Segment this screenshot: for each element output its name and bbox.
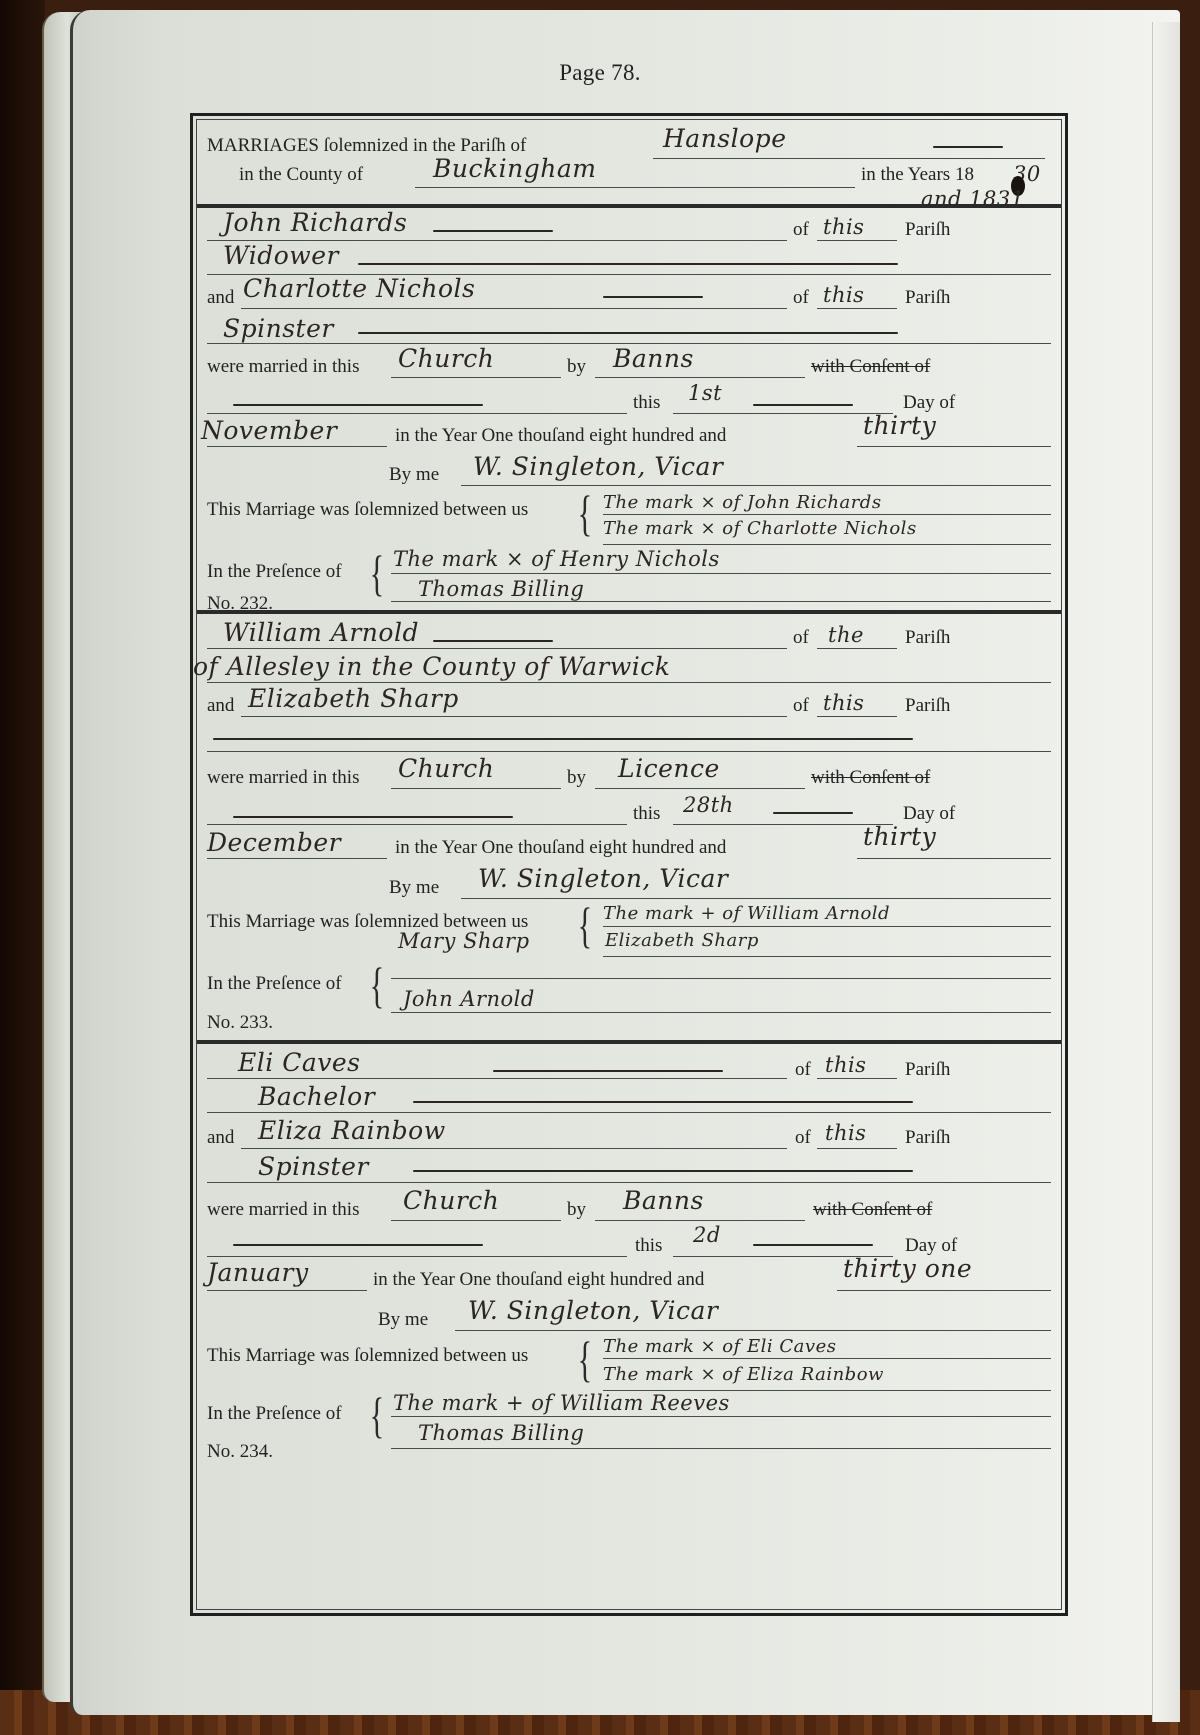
groom-parish-value: the — [828, 622, 864, 648]
and-label: and — [207, 694, 234, 718]
of-label: of — [795, 1058, 811, 1082]
fill-line — [207, 858, 387, 859]
fill-line — [391, 1012, 1051, 1013]
signature-1: The mark × of Eli Caves — [603, 1334, 836, 1360]
bride-parish-value: this — [825, 1120, 866, 1146]
place-value: Church — [398, 346, 494, 372]
fill-line — [391, 788, 561, 789]
this-label: this — [635, 1234, 662, 1258]
by-label: by — [567, 1198, 586, 1222]
and-label: and — [207, 1126, 234, 1150]
parish-fill-line — [653, 158, 1045, 159]
dash — [773, 812, 853, 814]
by-me-label: By me — [389, 463, 439, 487]
fill-line — [207, 751, 1051, 752]
fill-line — [857, 858, 1051, 859]
fill-line — [603, 956, 1051, 957]
this-label: this — [633, 391, 660, 415]
of-label: of — [793, 218, 809, 242]
in-presence-label: In the Preſence of — [207, 1402, 342, 1426]
in-presence-label: In the Preſence of — [207, 560, 342, 584]
fill-line — [817, 308, 897, 309]
parish-label: Pariſh — [905, 694, 950, 718]
day-value: 28th — [683, 792, 734, 818]
county-label: in the County of — [239, 163, 363, 187]
fill-line — [817, 1078, 897, 1079]
marriage-entry-234: Eli Caves of this Pariſh Bachelor and El… — [193, 1046, 1065, 1606]
fill-line — [595, 1220, 805, 1221]
groom-name: John Richards — [223, 210, 407, 236]
brace: { — [370, 960, 384, 1010]
of-label: of — [793, 626, 809, 650]
signature-1: The mark + of William Arnold — [603, 901, 890, 927]
brace: { — [578, 900, 592, 950]
fill-line — [241, 716, 787, 717]
day-value: 1st — [688, 380, 722, 406]
fill-line — [817, 648, 897, 649]
fill-line — [673, 413, 893, 414]
place-value: Church — [398, 756, 494, 782]
witness-2: Thomas Billing — [418, 576, 584, 602]
by-me-label: By me — [389, 876, 439, 900]
brace: { — [370, 1390, 384, 1440]
year-label: in the Year One thouſand eight hundred a… — [395, 836, 726, 860]
fill-line — [391, 573, 1051, 574]
dash — [233, 816, 513, 818]
groom-residence: of Allesley in the County of Warwick — [193, 654, 670, 680]
month-value: November — [201, 418, 337, 444]
fill-line — [207, 446, 387, 447]
next-page-edge — [1152, 22, 1180, 1722]
fill-line — [817, 716, 897, 717]
county-value: Buckingham — [433, 156, 596, 182]
groom-condition: Widower — [223, 243, 339, 269]
witness-2: Thomas Billing — [418, 1420, 584, 1446]
in-presence-label: In the Preſence of — [207, 972, 342, 996]
fill-line — [603, 1358, 1051, 1359]
witness-1: The mark + of William Reeves — [393, 1390, 730, 1416]
page-number: Page 78. — [0, 60, 1200, 86]
fill-line — [455, 1330, 1051, 1331]
fill-line — [595, 788, 805, 789]
dash — [413, 1170, 913, 1172]
signature-2: The mark × of Charlotte Nichols — [603, 516, 917, 542]
signature-2: The mark × of Eliza Rainbow — [603, 1362, 884, 1388]
bride-parish-value: this — [823, 690, 864, 716]
by-me-label: By me — [378, 1308, 428, 1332]
dash — [603, 296, 703, 298]
marriage-entry-232: John Richards of this Pariſh Widower and… — [193, 208, 1065, 612]
method-value: Banns — [623, 1188, 704, 1214]
fill-line — [603, 926, 1051, 927]
fill-line — [207, 1182, 1051, 1183]
fill-line — [207, 1256, 627, 1257]
fill-line — [461, 485, 1051, 486]
brace: { — [578, 1334, 592, 1384]
place-value: Church — [403, 1188, 499, 1214]
were-married-label: were married in this — [207, 1198, 359, 1222]
dash — [233, 404, 483, 406]
fill-line — [207, 1078, 787, 1079]
bride-name: Elizabeth Sharp — [248, 686, 459, 712]
section-divider — [197, 1040, 1061, 1044]
fill-line — [595, 377, 805, 378]
marriage-register-form: MARRIAGES ſolemnized in the Pariſh of Ha… — [190, 113, 1068, 1616]
with-consent-label: with Conſent of — [813, 1198, 932, 1222]
year-words-value: thirty one — [843, 1256, 972, 1282]
witness-2: John Arnold — [403, 986, 535, 1012]
were-married-label: were married in this — [207, 766, 359, 790]
parish-dash — [933, 146, 1003, 148]
method-value: Banns — [613, 346, 694, 372]
fill-line — [241, 1148, 787, 1149]
parish-label: Pariſh — [905, 1058, 950, 1082]
by-label: by — [567, 766, 586, 790]
parish-label: Pariſh — [905, 286, 950, 310]
solemnized-label: This Marriage was ſolemnized between us — [207, 498, 528, 522]
groom-name: Eli Caves — [238, 1050, 360, 1076]
officiant-value: W. Singleton, Vicar — [478, 866, 728, 892]
entry-number: No. 234. — [207, 1440, 273, 1464]
groom-parish-value: this — [825, 1052, 866, 1078]
signature-2: Elizabeth Sharp — [605, 928, 759, 954]
brace: { — [578, 488, 592, 538]
year-words-value: thirty — [863, 413, 936, 439]
dash — [358, 263, 898, 265]
month-value: January — [207, 1260, 309, 1286]
dash — [233, 1244, 483, 1246]
of-label: of — [793, 286, 809, 310]
fill-line — [207, 682, 1051, 683]
with-consent-label: with Conſent of — [811, 355, 930, 379]
year-label: in the Year One thouſand eight hundred a… — [373, 1268, 704, 1292]
fill-line — [837, 1290, 1051, 1291]
fill-line — [603, 514, 1051, 515]
by-label: by — [567, 355, 586, 379]
fill-line — [391, 1220, 561, 1221]
fill-line — [603, 544, 1051, 545]
bride-name: Charlotte Nichols — [243, 276, 475, 302]
fill-line — [207, 413, 627, 414]
groom-parish-value: this — [823, 214, 864, 240]
groom-condition: Bachelor — [258, 1084, 375, 1110]
bride-name: Eliza Rainbow — [258, 1118, 446, 1144]
of-label: of — [793, 694, 809, 718]
day-value: 2d — [693, 1222, 721, 1248]
fill-line — [207, 1112, 1051, 1113]
and-label: and — [207, 286, 234, 310]
bride-parish-value: this — [823, 282, 864, 308]
parish-value: Hanslope — [663, 126, 786, 152]
officiant-value: W. Singleton, Vicar — [473, 454, 723, 480]
witness-1: Mary Sharp — [398, 928, 530, 954]
bride-condition: Spinster — [258, 1154, 369, 1180]
fill-line — [207, 648, 787, 649]
dash — [493, 1070, 723, 1072]
section-divider — [197, 610, 1061, 614]
officiant-value: W. Singleton, Vicar — [468, 1298, 718, 1324]
marriage-entry-233: William Arnold of the Pariſh of Allesley… — [193, 616, 1065, 1040]
county-fill-line — [415, 187, 855, 188]
parish-label: Pariſh — [905, 626, 950, 650]
witness-1: The mark × of Henry Nichols — [393, 546, 720, 572]
dash — [358, 332, 898, 334]
year-label: in the Year One thouſand eight hundred a… — [395, 424, 726, 448]
fill-line — [391, 1416, 1051, 1417]
groom-name: William Arnold — [223, 620, 419, 646]
fill-line — [817, 1148, 897, 1149]
years-label: in the Years 18 — [861, 163, 974, 187]
fill-line — [391, 377, 561, 378]
of-label: of — [795, 1126, 811, 1150]
fill-line — [391, 978, 1051, 979]
method-value: Licence — [618, 756, 720, 782]
entry-number: No. 233. — [207, 1011, 273, 1035]
dash — [753, 1244, 873, 1246]
dash — [753, 404, 853, 406]
fill-line — [241, 308, 787, 309]
year-words-value: thirty — [863, 824, 936, 850]
wooden-table-left — [0, 0, 45, 1735]
fill-line — [391, 601, 1051, 602]
solemnized-label: This Marriage was ſolemnized between us — [207, 1344, 528, 1368]
fill-line — [391, 1448, 1051, 1449]
dash — [413, 1101, 913, 1103]
parish-label: Pariſh — [905, 1126, 950, 1150]
bride-condition: Spinster — [223, 316, 334, 342]
fill-line — [857, 446, 1051, 447]
dash — [213, 738, 913, 740]
parish-label: Pariſh — [905, 218, 950, 242]
fill-line — [207, 1290, 367, 1291]
this-label: this — [633, 802, 660, 826]
fill-line — [207, 824, 627, 825]
brace: { — [370, 548, 384, 598]
fill-line — [461, 898, 1051, 899]
with-consent-label: with Conſent of — [811, 766, 930, 790]
were-married-label: were married in this — [207, 355, 359, 379]
signature-1: The mark × of John Richards — [603, 490, 882, 516]
fill-line — [817, 240, 897, 241]
dash — [433, 640, 553, 642]
fill-line — [673, 824, 893, 825]
month-value: December — [207, 830, 341, 856]
dash — [433, 230, 553, 232]
